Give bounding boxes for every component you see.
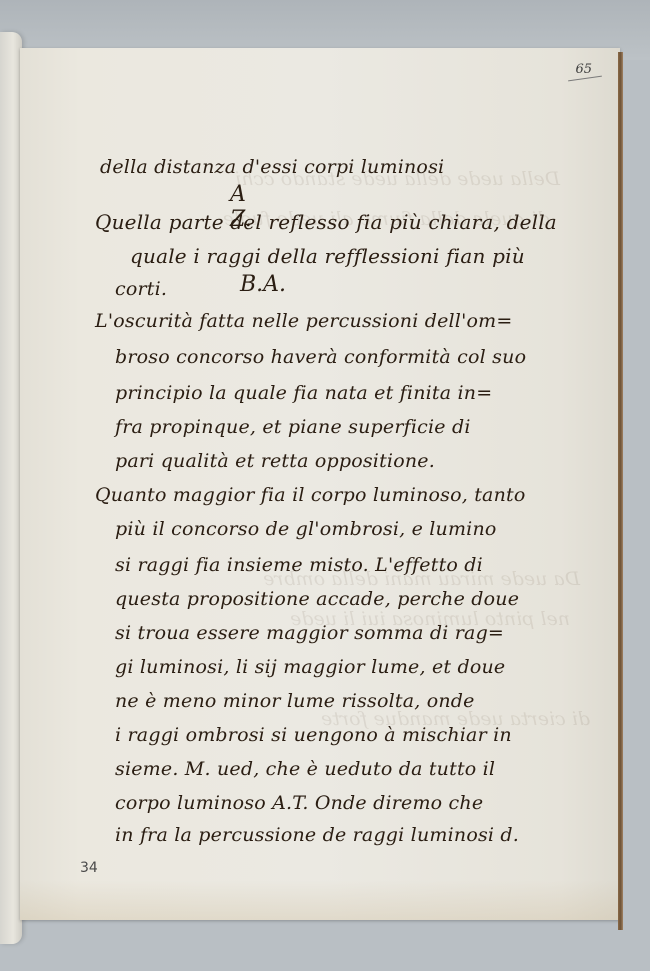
text-line: si raggi fia insieme misto. L'effetto di [115,554,483,576]
diagram-label: B.A. [240,272,286,297]
text-line: i raggi ombrosi si uengono à mischiar in [115,724,512,746]
text-line: quale i raggi della refflessioni fian pi… [130,244,525,268]
pencil-folio-number: 34 [80,860,98,876]
text-line: Quella parte del reflesso fia più chiara… [95,210,557,234]
text-line: si troua essere maggior somma di rag= [115,622,504,644]
text-line: corpo luminoso A.T. Onde diremo che [115,792,483,814]
text-line: gi luminosi, li sij maggior lume, et dou… [115,656,505,678]
text-line: Quanto maggior fia il corpo luminoso, ta… [95,484,526,506]
text-line: L'oscurità fatta nelle percussioni dell'… [95,310,512,332]
text-line: più il concorso de gl'ombrosi, e lumino [115,518,497,540]
text-line: broso concorso haverà conformità col suo [115,346,526,368]
text-line: questa propositione accade, perche doue [115,588,519,610]
text-line: principio la quale fia nata et finita in… [115,382,492,404]
text-line: sieme. M. ued, che è ueduto da tutto il [115,758,495,780]
text-line: ne è meno minor lume rissolta, onde [115,690,475,712]
text-line: in fra la percussione de raggi luminosi … [115,824,519,846]
text-line: corti. [115,278,167,300]
text-line: fra propinque, et piane superficie di [115,416,471,438]
manuscript-page: Della uede della uede stando cchi di que… [20,48,620,920]
text-line: della distanza d'essi corpi luminosi [100,156,444,178]
folio-number: 65 [575,62,592,77]
page-fore-edge [618,52,623,930]
text-line: pari qualità et retta oppositione. [115,450,435,472]
facing-page-edge [0,32,22,944]
